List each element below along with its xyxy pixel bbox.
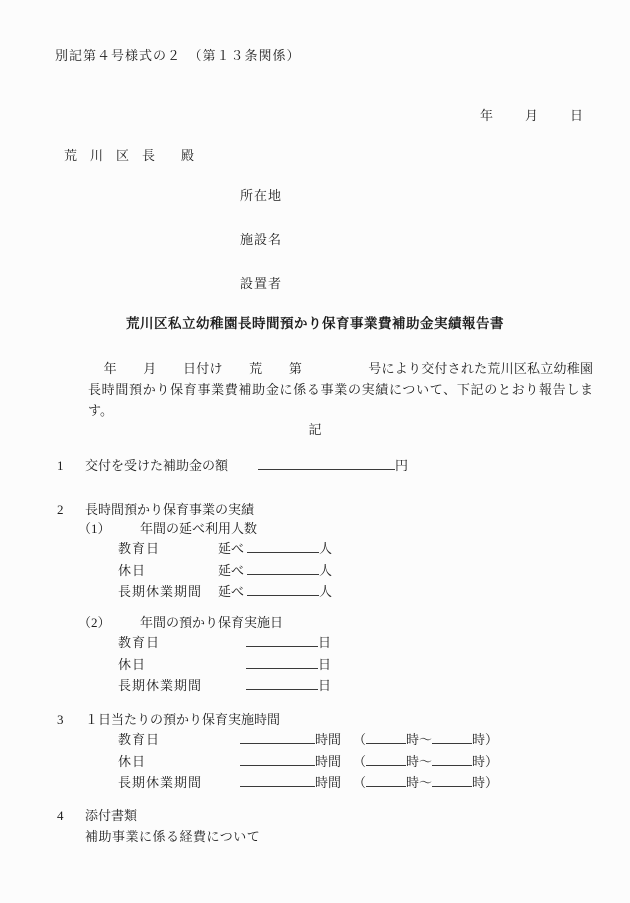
unit-persons: 人: [319, 563, 332, 578]
time-range-separator: 時～: [406, 775, 432, 790]
unit-hours: 時間: [315, 754, 341, 769]
section-2-2-label: 年間の預かり保育実施日: [140, 615, 283, 630]
paren-open: （: [353, 732, 366, 747]
section-4-label: 添付書類: [85, 808, 137, 823]
date-line: 年 月 日: [480, 105, 585, 124]
amount-blank: [258, 457, 395, 470]
end-time-blank: [432, 774, 472, 787]
unit-hours: 時間: [315, 775, 341, 790]
cumulative-prefix: 延べ: [218, 541, 244, 556]
unit-days: 日: [318, 657, 331, 672]
implementation-days-rows: 教育日日 休日日 長期休業期間日: [118, 632, 331, 697]
field-label-founder: 設置者: [240, 273, 282, 292]
section-1-label: 交付を受けた補助金の額: [85, 458, 228, 473]
end-time-blank: [432, 753, 472, 766]
usage-row-education-day: 教育日延べ人: [118, 538, 332, 560]
section-1-number: 1: [57, 458, 85, 474]
attachment-description: 補助事業に係る経費について: [85, 826, 260, 845]
section-2-1-number: （1）: [78, 518, 140, 537]
section-1-subsidy-amount: 1交付を受けた補助金の額円: [57, 455, 408, 474]
section-2-1-label: 年間の延べ利用人数: [140, 521, 257, 536]
section-4-heading: 4添付書類: [57, 805, 137, 824]
days-row-holiday: 休日日: [118, 654, 331, 676]
document-title: 荒川区私立幼稚園長時間預かり保育事業費補助金実績報告書: [0, 312, 630, 332]
hours-blank: [240, 753, 315, 766]
cumulative-prefix: 延べ: [218, 563, 244, 578]
hours-blank: [240, 774, 315, 787]
unit-persons: 人: [319, 541, 332, 556]
ki-heading: 記: [0, 419, 630, 438]
paren-open: （: [353, 775, 366, 790]
days-blank: [246, 677, 318, 690]
document-page: 別記第４号様式の２ （第１３条関係） 年 月 日 荒 川 区 長 殿 所在地 施…: [0, 0, 630, 903]
section-2-2-heading: （2）年間の預かり保育実施日: [78, 612, 283, 631]
unit-persons: 人: [319, 584, 332, 599]
section-3-label: １日当たりの預かり保育実施時間: [85, 712, 280, 727]
usage-row-long-vacation: 長期休業期間延べ人: [118, 581, 332, 603]
days-row-long-vacation: 長期休業期間日: [118, 675, 331, 697]
row-label: 長期休業期間: [118, 675, 243, 697]
unit-days: 日: [318, 678, 331, 693]
hours-row-long-vacation: 長期休業期間時間（時～時）: [118, 772, 498, 794]
time-range-separator: 時～: [406, 732, 432, 747]
days-row-education-day: 教育日日: [118, 632, 331, 654]
form-number: 別記第４号様式の２ （第１３条関係）: [55, 45, 301, 64]
row-label: 長期休業期間: [118, 772, 240, 794]
unit-yen: 円: [395, 458, 408, 473]
annual-users-rows: 教育日延べ人 休日延べ人 長期休業期間延べ人: [118, 538, 332, 603]
section-3-number: 3: [57, 712, 85, 728]
addressee: 荒 川 区 長 殿: [64, 145, 194, 164]
section-2-label: 長時間預かり保育事業の実績: [85, 502, 254, 517]
field-label-facility: 施設名: [240, 229, 282, 248]
paren-open: （: [353, 754, 366, 769]
hours-row-education-day: 教育日時間（時～時）: [118, 729, 498, 751]
paren-close: 時）: [472, 775, 498, 790]
cumulative-prefix: 延べ: [218, 584, 244, 599]
hours-rows: 教育日時間（時～時） 休日時間（時～時） 長期休業期間時間（時～時）: [118, 729, 498, 794]
days-blank: [246, 634, 318, 647]
hours-blank: [240, 731, 315, 744]
row-label: 休日: [118, 654, 243, 676]
days-blank: [246, 656, 318, 669]
section-2-number: 2: [57, 502, 85, 518]
section-4-number: 4: [57, 808, 85, 824]
row-label: 休日: [118, 751, 240, 773]
start-time-blank: [366, 774, 406, 787]
body-paragraph: 年 月 日付け 荒 第 号により交付された荒川区私立幼稚園長時間預かり保育事業費…: [88, 358, 593, 421]
unit-days: 日: [318, 635, 331, 650]
usage-row-holiday: 休日延べ人: [118, 560, 332, 582]
section-2-1-heading: （1）年間の延べ利用人数: [78, 518, 257, 537]
field-label-location: 所在地: [240, 185, 282, 204]
row-label: 教育日: [118, 538, 218, 560]
hours-row-holiday: 休日時間（時～時）: [118, 751, 498, 773]
party-block: 所在地 施設名 設置者: [240, 185, 282, 317]
start-time-blank: [366, 731, 406, 744]
unit-hours: 時間: [315, 732, 341, 747]
row-label: 教育日: [118, 632, 243, 654]
row-label: 休日: [118, 560, 218, 582]
section-2-2-number: （2）: [78, 612, 140, 631]
section-2-heading: 2長時間預かり保育事業の実績: [57, 499, 254, 518]
row-label: 教育日: [118, 729, 240, 751]
time-range-separator: 時～: [406, 754, 432, 769]
count-blank: [247, 583, 319, 596]
paren-close: 時）: [472, 754, 498, 769]
end-time-blank: [432, 731, 472, 744]
section-3-heading: 3１日当たりの預かり保育実施時間: [57, 709, 280, 728]
row-label: 長期休業期間: [118, 581, 218, 603]
count-blank: [247, 540, 319, 553]
count-blank: [247, 562, 319, 575]
start-time-blank: [366, 753, 406, 766]
paren-close: 時）: [472, 732, 498, 747]
